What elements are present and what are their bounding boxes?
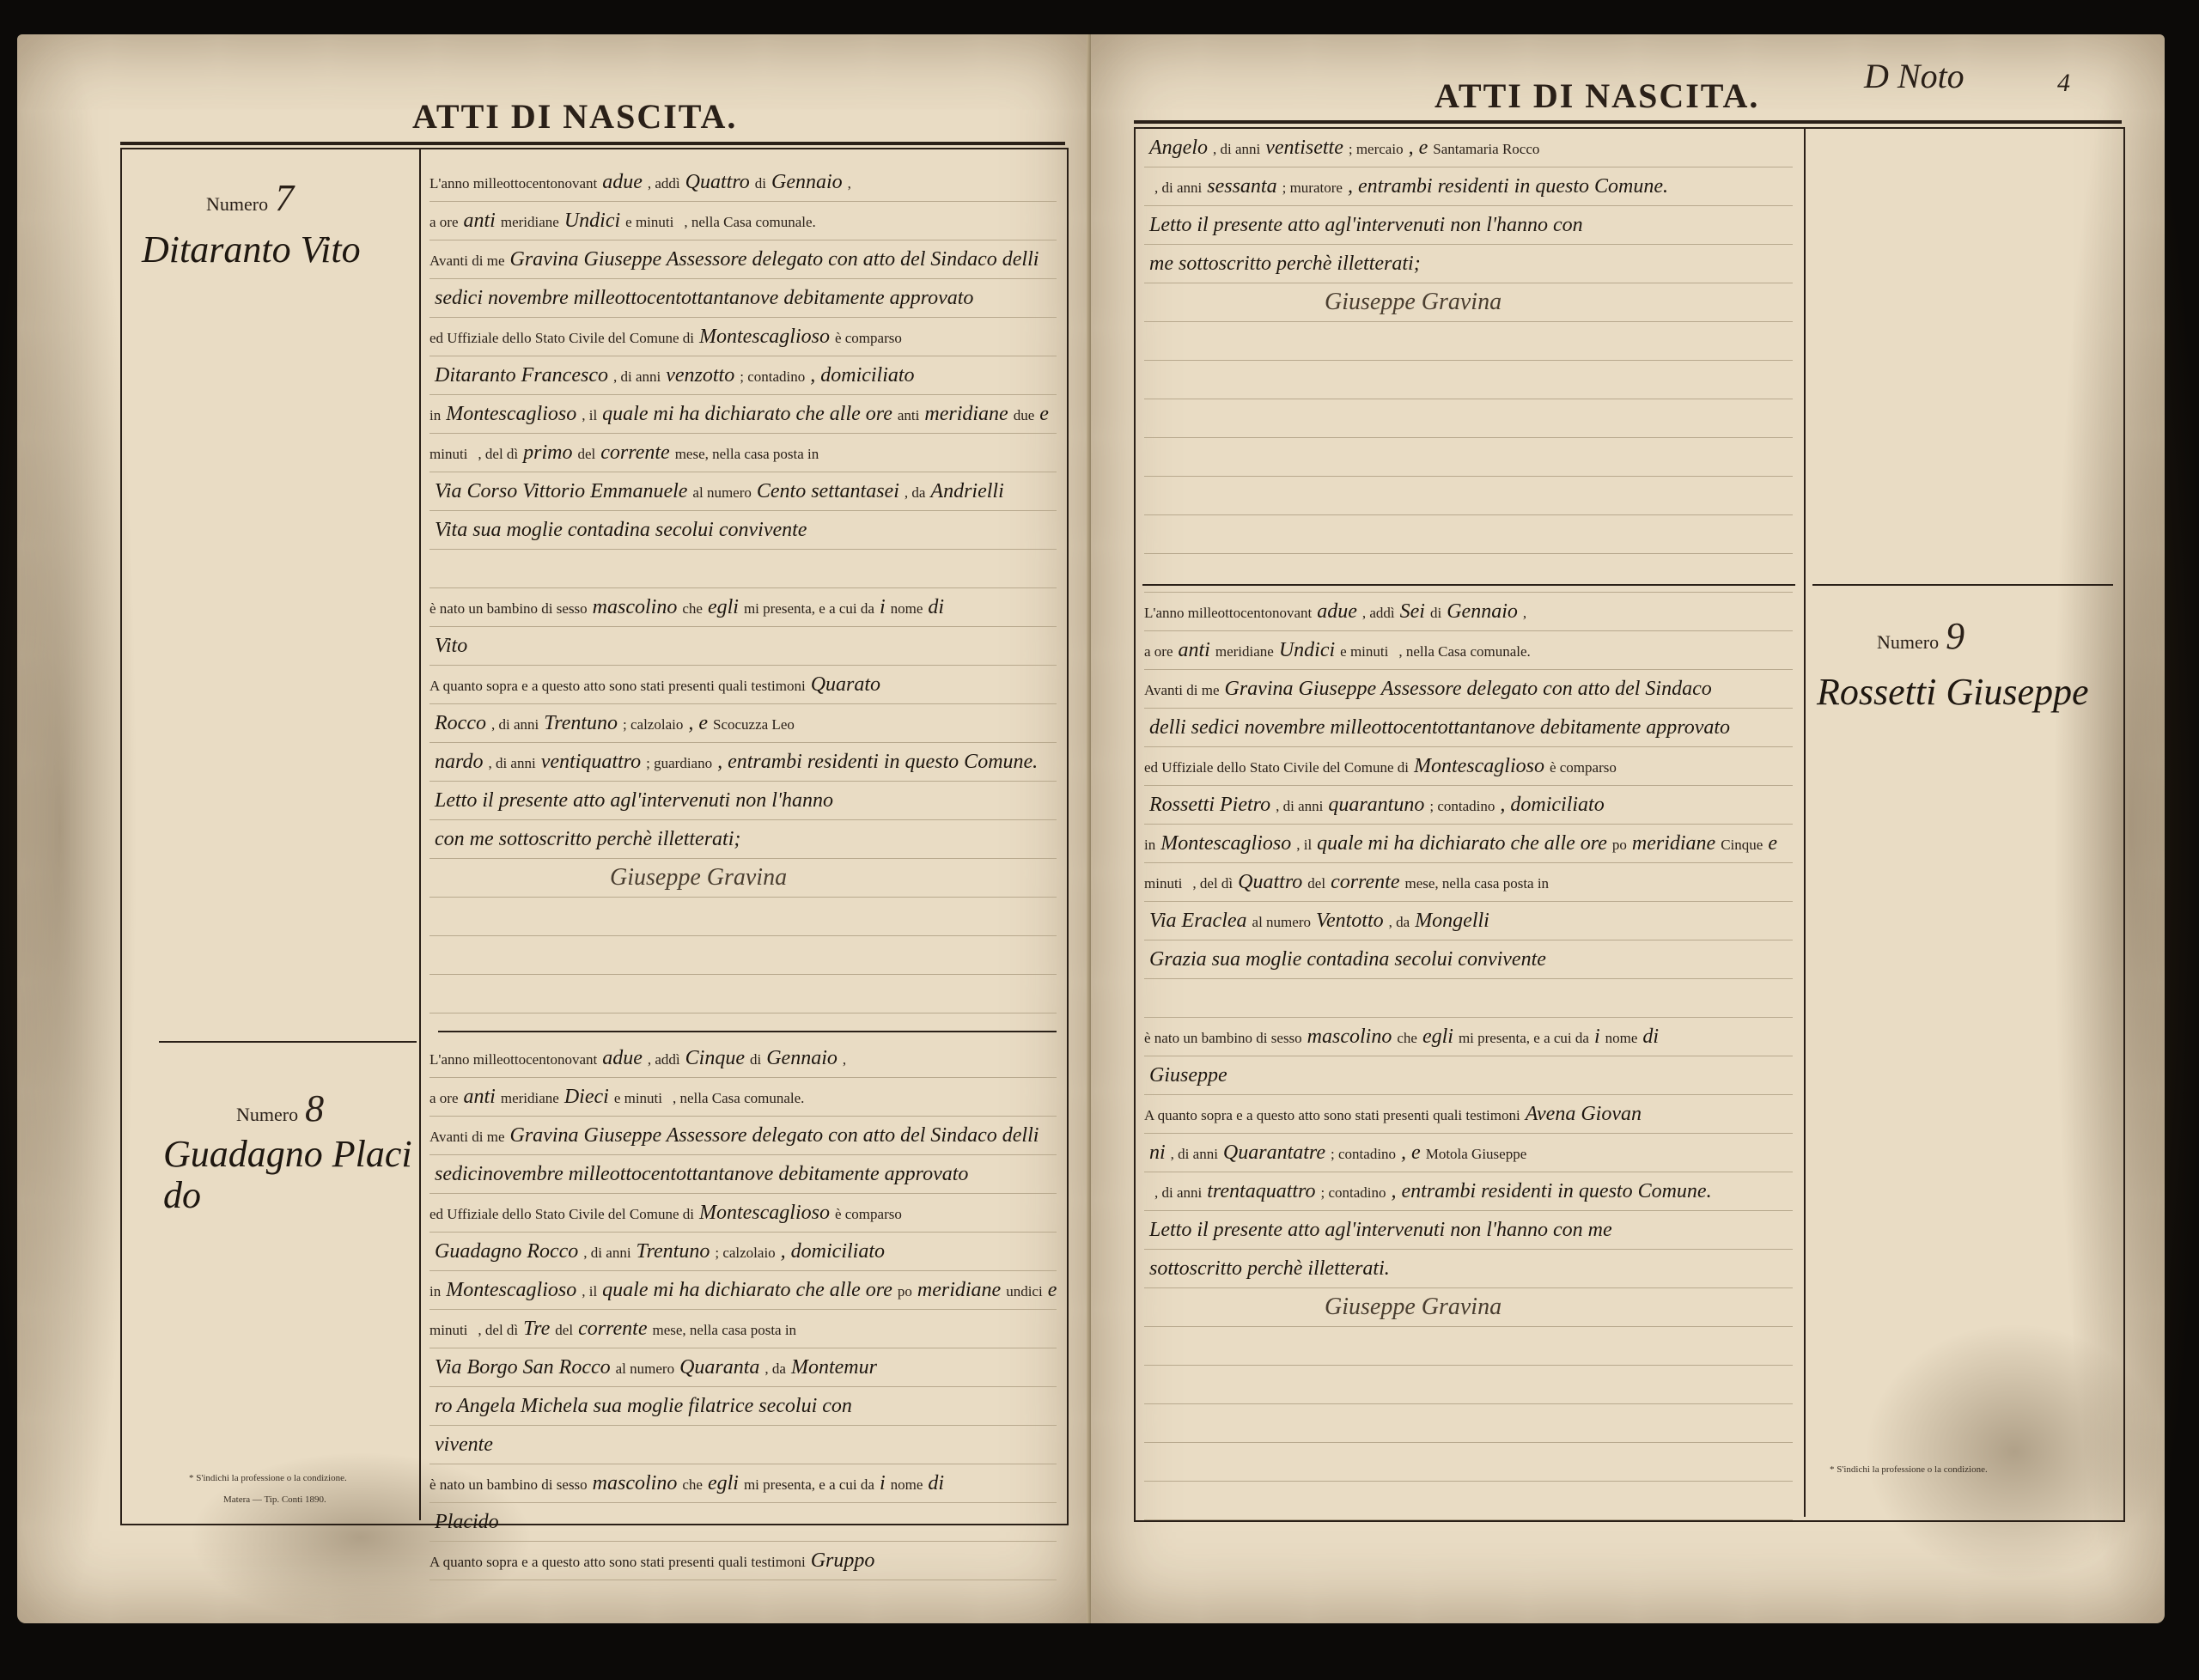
printed-text: in	[429, 1283, 441, 1300]
handwritten-entry: Trentuno	[637, 1240, 710, 1263]
handwritten-entry: , e	[1409, 137, 1428, 159]
handwritten-entry: Giuseppe	[1149, 1064, 1227, 1087]
act-line: minuti, del dìprimodelcorrentemese, nell…	[429, 434, 1057, 472]
handwritten-entry: Gravina Giuseppe Assessore delegato con …	[510, 1124, 1039, 1147]
handwritten-entry: anti	[464, 210, 496, 232]
handwritten-entry: adue	[1317, 600, 1357, 623]
handwritten-entry: Montescaglioso	[699, 1202, 830, 1224]
handwritten-entry: Montescaglioso	[1414, 755, 1544, 777]
handwritten-entry: Gravina Giuseppe Assessore delegato con …	[510, 248, 1039, 271]
printed-text: e minuti	[625, 214, 673, 230]
printed-text: A quanto sopra e a questo atto sono stat…	[1144, 1107, 1520, 1123]
act-line: sedici novembre milleottocentottantanove…	[429, 279, 1057, 318]
printed-text: è nato un bambino di sesso	[1144, 1030, 1302, 1046]
numero-value: 7	[275, 177, 294, 219]
printed-text: meridiane	[501, 214, 559, 230]
printed-text: , da	[1389, 914, 1410, 930]
numero-value: 9	[1946, 615, 1964, 657]
printed-text: , il	[1296, 837, 1312, 853]
act-line: Via Borgo San Roccoal numeroQuaranta, da…	[429, 1348, 1057, 1387]
handwritten-entry: corrente	[1331, 871, 1399, 893]
act-line: Avanti di meGravina Giuseppe Assessore d…	[429, 1117, 1057, 1155]
act-line: A quanto sopra e a questo atto sono stat…	[429, 666, 1057, 704]
act-line: Avanti di meGravina Giuseppe Assessore d…	[1144, 670, 1793, 709]
printed-text: mi presenta, e a cui da	[1459, 1030, 1589, 1046]
act-line: ro Angela Michela sua moglie filatrice s…	[429, 1387, 1057, 1426]
blank-ruled-line	[1144, 361, 1793, 399]
margin-record-divider	[159, 1041, 417, 1043]
registrar-signature: Giuseppe Gravina	[429, 859, 1057, 898]
printed-text: Avanti di me	[1144, 682, 1220, 698]
printed-text: Motola Giuseppe	[1426, 1146, 1527, 1162]
handwritten-entry: anti	[464, 1086, 496, 1108]
printed-text: e minuti	[614, 1090, 662, 1106]
birth-act-9: L'anno milleottocentonovantadue, addìSei…	[1144, 593, 1793, 1520]
handwritten-entry: meridiane	[1632, 832, 1715, 855]
printed-text: minuti	[429, 1322, 467, 1338]
act-line: Guadagno Rocco, di anniTrentuno; calzola…	[429, 1233, 1057, 1271]
handwritten-entry: Ventotto	[1316, 910, 1384, 932]
margin-record-divider	[1812, 584, 2113, 586]
handwritten-entry: Dieci	[564, 1086, 609, 1108]
handwritten-entry: Cento settantasei	[757, 480, 899, 502]
printed-text: ; contadino	[740, 368, 805, 385]
printed-text: nome	[1605, 1030, 1638, 1046]
printed-text: di	[755, 175, 766, 192]
act-line: sottoscritto perchè illetterati.	[1144, 1250, 1793, 1288]
printed-text: , del dì	[478, 446, 518, 462]
act-line: inMontescaglioso, ilquale mi ha dichiara…	[1144, 825, 1793, 863]
blank-ruled-line	[1144, 1366, 1793, 1404]
printed-text: , addì	[648, 1051, 680, 1068]
blank-ruled-line	[1144, 1404, 1793, 1443]
numero-value: 8	[305, 1087, 324, 1129]
handwritten-entry: Avena Giovan	[1526, 1103, 1642, 1125]
handwritten-entry: e	[1048, 1279, 1057, 1301]
act-line: con me sottoscritto perchè illetterati;	[429, 820, 1057, 859]
numero-label: Numero	[1877, 631, 1939, 653]
printed-text: Scocuzza Leo	[713, 716, 795, 733]
blank-ruled-line	[1144, 1443, 1793, 1482]
handwritten-entry: Montemur	[791, 1356, 877, 1379]
handwritten-entry: Guadagno Rocco	[435, 1240, 578, 1263]
printed-text: ; contadino	[1429, 798, 1495, 814]
handwritten-entry: Gennaio	[1447, 600, 1518, 623]
printed-text: , nella Casa comunale.	[1398, 643, 1530, 660]
printed-text: di	[1430, 605, 1441, 621]
printed-text: po	[1612, 837, 1627, 853]
handwritten-entry: meridiane	[917, 1279, 1001, 1301]
handwritten-entry: con me sottoscritto perchè illetterati;	[435, 828, 740, 850]
handwritten-entry: Gruppo	[811, 1549, 875, 1572]
header-rule	[120, 142, 1065, 145]
handwritten-entry: Letto il presente atto agl'intervenuti n…	[1149, 214, 1583, 236]
act-line: vivente	[429, 1426, 1057, 1464]
act-line: a oreantimeridianeUndicie minuti, nella …	[429, 202, 1057, 240]
printed-text: mi presenta, e a cui da	[744, 600, 874, 617]
printed-text: ; muratore	[1282, 180, 1343, 196]
act-line: nardo, di anniventiquattro; guardiano, e…	[429, 743, 1057, 782]
record-number-9: Numero9	[1877, 614, 1964, 658]
blank-ruled-line	[1144, 1327, 1793, 1366]
birth-act-8-continuation: Angelo, di anniventisette; mercaio, eSan…	[1144, 129, 1793, 593]
handwritten-entry: di	[928, 1472, 944, 1494]
handwritten-entry: Rossetti Pietro	[1149, 794, 1270, 816]
act-line: Vita sua moglie contadina secolui conviv…	[429, 511, 1057, 550]
blank-ruled-line	[429, 936, 1057, 975]
footnote-left: * S'indichi la professione o la condizio…	[189, 1473, 347, 1483]
printed-text: e minuti	[1340, 643, 1388, 660]
printed-text: L'anno milleottocentonovant	[429, 1051, 597, 1068]
printed-text: L'anno milleottocentonovant	[429, 175, 597, 192]
act-line: ed Uffiziale dello Stato Civile del Comu…	[429, 1194, 1057, 1233]
page-title-left: ATTI DI NASCITA.	[412, 96, 737, 137]
printed-text: , da	[764, 1360, 786, 1377]
printed-text: a ore	[429, 214, 459, 230]
printed-text: , del dì	[478, 1322, 518, 1338]
blank-ruled-line	[1144, 554, 1793, 593]
birth-act-7: L'anno milleottocentonovantadue, addìQua…	[429, 163, 1057, 1013]
printed-text: al numero	[692, 484, 751, 501]
printed-text: A quanto sopra e a questo atto sono stat…	[429, 678, 806, 694]
printed-text: , di anni	[491, 716, 539, 733]
act-line: Rocco, di anniTrentuno; calzolaio, eScoc…	[429, 704, 1057, 743]
printed-text: , il	[582, 1283, 597, 1300]
handwritten-entry: quarantuno	[1328, 794, 1424, 816]
handwritten-entry: Andrielli	[930, 480, 1003, 502]
handwritten-entry: Placido	[435, 1511, 499, 1533]
act-line: a oreantimeridianeDiecie minuti, nella C…	[429, 1078, 1057, 1117]
register-book: ATTI DI NASCITA. Numero7 Ditaranto Vito …	[17, 34, 2173, 1632]
act-line: Rossetti Pietro, di anniquarantuno; cont…	[1144, 786, 1793, 825]
handwritten-entry: mascolino	[593, 596, 678, 618]
handwritten-entry: adue	[602, 1047, 643, 1069]
handwritten-entry: meridiane	[924, 403, 1008, 425]
printed-text: meridiane	[1215, 643, 1274, 660]
handwritten-entry: di	[1642, 1026, 1659, 1048]
act-line: Letto il presente atto agl'intervenuti n…	[1144, 206, 1793, 245]
act-line: Avanti di meGravina Giuseppe Assessore d…	[429, 240, 1057, 279]
act-line: è nato un bambino di sessomascolinocheeg…	[1144, 1018, 1793, 1056]
handwritten-entry: Sei	[1400, 600, 1425, 623]
act-line: Ditaranto Francesco, di annivenzotto; co…	[429, 356, 1057, 395]
printed-text: , addì	[648, 175, 680, 192]
act-line: minuti, del dìTredelcorrentemese, nella …	[429, 1310, 1057, 1348]
printed-text: anti	[898, 407, 920, 423]
blank-ruled-line	[1144, 399, 1793, 438]
handwritten-entry: , domiciliato	[781, 1240, 885, 1263]
act-line: delli sedici novembre milleottocentottan…	[1144, 709, 1793, 747]
handwritten-entry: Undici	[1279, 639, 1335, 661]
printed-text: ; guardiano	[646, 755, 712, 771]
printed-text: in	[1144, 837, 1155, 853]
handwritten-entry: Quattro	[685, 171, 750, 193]
printed-text: , di anni	[1171, 1146, 1218, 1162]
printed-text: , addì	[1362, 605, 1395, 621]
handwritten-entry: corrente	[578, 1318, 647, 1340]
printed-text: è nato un bambino di sesso	[429, 600, 588, 617]
margin-divider	[419, 149, 421, 1520]
printed-text: , il	[582, 407, 597, 423]
handwritten-entry: quale mi ha dichiarato che alle ore	[602, 1279, 892, 1301]
act-line	[1144, 979, 1793, 1018]
printed-text: Santamaria Rocco	[1433, 141, 1539, 157]
handwritten-entry: ventisette	[1265, 137, 1343, 159]
printed-text: minuti	[1144, 875, 1182, 892]
printed-text: ; calzolaio	[715, 1245, 775, 1261]
act-line: Letto il presente atto agl'intervenuti n…	[1144, 1211, 1793, 1250]
act-line: Via Corso Vittorio Emmanueleal numeroCen…	[429, 472, 1057, 511]
handwritten-entry: sottoscritto perchè illetterati.	[1149, 1257, 1390, 1280]
handwritten-entry: Angelo	[1149, 137, 1208, 159]
handwritten-entry: , entrambi residenti in questo Comune.	[1348, 175, 1668, 198]
handwritten-entry: venzotto	[666, 364, 734, 387]
printed-text: nome	[891, 600, 923, 617]
printed-text: ,	[848, 175, 851, 192]
blank-ruled-line	[1144, 1482, 1793, 1520]
handwritten-entry: vivente	[435, 1433, 493, 1456]
handwritten-entry: corrente	[600, 441, 669, 464]
handwritten-entry: Grazia sua moglie contadina secolui conv…	[1149, 948, 1546, 971]
handwritten-entry: i	[1594, 1026, 1600, 1048]
handwritten-entry: , domiciliato	[810, 364, 914, 387]
handwritten-entry: primo	[523, 441, 572, 464]
printed-text: è nato un bambino di sesso	[429, 1476, 588, 1493]
printed-text: A quanto sopra e a questo atto sono stat…	[429, 1554, 806, 1570]
printed-text: , di anni	[488, 755, 535, 771]
printed-text: , del dì	[1192, 875, 1233, 892]
printed-text: ed Uffiziale dello Stato Civile del Comu…	[429, 1206, 694, 1222]
margin-name-9: Rossetti Giuseppe	[1817, 670, 2089, 714]
handwritten-entry: Via Corso Vittorio Emmanuele	[435, 480, 687, 502]
edge-stain	[0, 34, 137, 1623]
handwritten-entry: quale mi ha dichiarato che alle ore	[602, 403, 892, 425]
act-line: inMontescaglioso, ilquale mi ha dichiara…	[429, 1271, 1057, 1310]
printed-text: , nella Casa comunale.	[684, 214, 815, 230]
handwritten-entry: Quaranta	[679, 1356, 759, 1379]
printed-text: nome	[891, 1476, 923, 1493]
record-number-7: Numero7	[206, 176, 294, 220]
printed-text: ; calzolaio	[623, 716, 683, 733]
printed-text: ; contadino	[1320, 1184, 1386, 1201]
birth-act-8: L'anno milleottocentonovantadue, addìCin…	[429, 1039, 1057, 1580]
act-line: ni, di anniQuarantatre; contadino, eMoto…	[1144, 1134, 1793, 1172]
registrar-signature: Giuseppe Gravina	[1144, 283, 1793, 322]
printed-text: al numero	[1252, 914, 1311, 930]
act-line: A quanto sopra e a questo atto sono stat…	[429, 1542, 1057, 1580]
handwritten-entry: Vito	[435, 635, 467, 657]
act-line: è nato un bambino di sessomascolinocheeg…	[429, 588, 1057, 627]
printed-text: mese, nella casa posta in	[652, 1322, 796, 1338]
act-line	[429, 550, 1057, 588]
act-line: inMontescaglioso, ilquale mi ha dichiara…	[429, 395, 1057, 434]
printed-text: ed Uffiziale dello Stato Civile del Comu…	[1144, 759, 1409, 776]
printed-text: , nella Casa comunale.	[673, 1090, 804, 1106]
printed-text: , di anni	[613, 368, 661, 385]
handwritten-entry: adue	[602, 171, 643, 193]
handwritten-entry: Gennaio	[771, 171, 843, 193]
printed-text: due	[1014, 407, 1035, 423]
handwritten-entry: egli	[708, 596, 739, 618]
act-line: ed Uffiziale dello Stato Civile del Comu…	[429, 318, 1057, 356]
printed-text: in	[429, 407, 441, 423]
printed-text: , di anni	[1154, 180, 1202, 196]
handwritten-entry: nardo	[435, 751, 483, 773]
printed-text: , da	[905, 484, 926, 501]
printed-text: a ore	[429, 1090, 459, 1106]
handwritten-entry: ventiquattro	[541, 751, 641, 773]
printed-text: L'anno milleottocentonovant	[1144, 605, 1312, 621]
right-page: ATTI DI NASCITA. D Noto 4 Angelo, di ann…	[1091, 34, 2165, 1623]
handwritten-entry: sessanta	[1207, 175, 1276, 198]
handwritten-entry: delli sedici novembre milleottocentottan…	[1149, 716, 1730, 739]
handwritten-entry: Quattro	[1238, 871, 1302, 893]
act-line: A quanto sopra e a questo atto sono stat…	[1144, 1095, 1793, 1134]
handwritten-entry: trentaquattro	[1207, 1180, 1315, 1202]
footnote-right: * S'indichi la professione o la condizio…	[1830, 1464, 1988, 1475]
printed-text: è comparso	[835, 330, 902, 346]
act-line: Grazia sua moglie contadina secolui conv…	[1144, 940, 1793, 979]
handwritten-entry: mascolino	[1307, 1026, 1392, 1048]
act-line: Via Eracleaal numeroVentotto, daMongelli	[1144, 902, 1793, 940]
handwritten-entry: anti	[1179, 639, 1210, 661]
margin-name-7: Ditaranto Vito	[142, 228, 361, 271]
printed-text: Avanti di me	[429, 253, 505, 269]
printed-text: ; contadino	[1331, 1146, 1396, 1162]
handwritten-entry: di	[928, 596, 944, 618]
handwritten-entry: e	[1039, 403, 1049, 425]
printed-text: di	[750, 1051, 761, 1068]
act-line: me sottoscritto perchè illetterati;	[1144, 245, 1793, 283]
act-line: , di annitrentaquattro; contadino, entra…	[1144, 1172, 1793, 1211]
handwritten-entry: mascolino	[593, 1472, 678, 1494]
handwritten-entry: Ditaranto Francesco	[435, 364, 608, 387]
numero-label: Numero	[206, 193, 268, 215]
printed-text: , di anni	[1154, 1184, 1202, 1201]
printed-text: al numero	[616, 1360, 674, 1377]
handwritten-entry: Via Borgo San Rocco	[435, 1356, 611, 1379]
handwritten-entry: Mongelli	[1415, 910, 1489, 932]
handwritten-entry: ni	[1149, 1141, 1166, 1164]
printed-text: po	[898, 1283, 912, 1300]
act-line: Letto il presente atto agl'intervenuti n…	[429, 782, 1057, 820]
act-line: sedicinovembre milleottocentottantanove …	[429, 1155, 1057, 1194]
handwritten-entry: Gravina Giuseppe Assessore delegato con …	[1225, 678, 1712, 700]
printed-text: ; mercaio	[1349, 141, 1404, 157]
act-line: minuti, del dìQuattrodelcorrentemese, ne…	[1144, 863, 1793, 902]
page-title-right: ATTI DI NASCITA.	[1435, 76, 1759, 116]
act-line: Placido	[429, 1503, 1057, 1542]
printed-text: a ore	[1144, 643, 1173, 660]
handwritten-entry: Montescaglioso	[699, 326, 830, 348]
handwritten-entry: Trentuno	[544, 712, 618, 734]
printed-text: ed Uffiziale dello Stato Civile del Comu…	[429, 330, 694, 346]
margin-divider	[1804, 129, 1806, 1517]
printed-text: è comparso	[1550, 759, 1617, 776]
printed-text: , di anni	[583, 1245, 630, 1261]
header-rule	[1134, 120, 2122, 124]
handwritten-entry: Montescaglioso	[446, 403, 576, 425]
blank-ruled-line	[1144, 322, 1793, 361]
printed-text: Cinque	[1721, 837, 1763, 853]
record-divider	[438, 1031, 1057, 1032]
handwritten-entry: Rocco	[435, 712, 486, 734]
margin-name-8: Guadagno Placi do	[163, 1134, 412, 1216]
handwritten-entry: egli	[708, 1472, 739, 1494]
handwritten-entry: Letto il presente atto agl'intervenuti n…	[435, 789, 833, 812]
handwritten-entry: Montescaglioso	[1160, 832, 1291, 855]
printed-text: , di anni	[1213, 141, 1260, 157]
record-number-8: Numero8	[236, 1087, 324, 1130]
handwritten-entry: me sottoscritto perchè illetterati;	[1149, 253, 1421, 275]
printed-text: undici	[1006, 1283, 1043, 1300]
printed-text: meridiane	[501, 1090, 559, 1106]
printed-text: che	[682, 1476, 703, 1493]
printed-text: del	[578, 446, 596, 462]
handwritten-entry: Quarato	[811, 673, 880, 696]
printed-text: , di anni	[1276, 798, 1323, 814]
blank-ruled-line	[1144, 477, 1793, 515]
printed-text: mese, nella casa posta in	[675, 446, 819, 462]
act-line: Giuseppe	[1144, 1056, 1793, 1095]
printed-text: mese, nella casa posta in	[1404, 875, 1549, 892]
handwritten-entry: Quarantatre	[1223, 1141, 1325, 1164]
handwritten-entry: quale mi ha dichiarato che alle ore	[1317, 832, 1607, 855]
handwritten-entry: Gennaio	[766, 1047, 838, 1069]
act-line: L'anno milleottocentonovantadue, addìQua…	[429, 163, 1057, 202]
blank-ruled-line	[1144, 515, 1793, 554]
act-line: a oreantimeridianeUndicie minuti, nella …	[1144, 631, 1793, 670]
printed-text: mi presenta, e a cui da	[744, 1476, 874, 1493]
handwritten-entry: Undici	[564, 210, 620, 232]
printed-text: ,	[843, 1051, 846, 1068]
page-number: 4	[2057, 69, 2070, 98]
act-line: è nato un bambino di sessomascolinocheeg…	[429, 1464, 1057, 1503]
blank-ruled-line	[1144, 438, 1793, 477]
handwritten-entry: Vita sua moglie contadina secolui conviv…	[435, 519, 807, 541]
printed-text: Avanti di me	[429, 1129, 505, 1145]
handwritten-entry: Montescaglioso	[446, 1279, 576, 1301]
printed-text: del	[555, 1322, 573, 1338]
left-page: ATTI DI NASCITA. Numero7 Ditaranto Vito …	[17, 34, 1091, 1623]
handwritten-entry: Via Eraclea	[1149, 910, 1247, 932]
printed-text: che	[682, 600, 703, 617]
blank-ruled-line	[429, 898, 1057, 936]
registrar-signature: Giuseppe Gravina	[1144, 1288, 1793, 1327]
handwritten-entry: Cinque	[685, 1047, 745, 1069]
act-line: Vito	[429, 627, 1057, 666]
printed-text: ,	[1523, 605, 1526, 621]
printed-text: del	[1307, 875, 1325, 892]
handwritten-entry: sedicinovembre milleottocentottantanove …	[435, 1163, 968, 1185]
handwritten-entry: ro Angela Michela sua moglie filatrice s…	[435, 1395, 852, 1417]
blank-ruled-line	[429, 975, 1057, 1013]
handwritten-entry: , entrambi residenti in questo Comune.	[717, 751, 1038, 773]
handwritten-entry: , entrambi residenti in questo Comune.	[1392, 1180, 1712, 1202]
handwritten-entry: i	[880, 1472, 886, 1494]
handwritten-entry: , e	[688, 712, 708, 734]
handwritten-entry: Letto il presente atto agl'intervenuti n…	[1149, 1219, 1612, 1241]
handwritten-entry: egli	[1422, 1026, 1453, 1048]
corner-annotation: D Noto	[1864, 56, 1964, 96]
handwritten-entry: , e	[1401, 1141, 1421, 1164]
handwritten-entry: e	[1768, 832, 1777, 855]
handwritten-entry: , domiciliato	[1500, 794, 1604, 816]
act-line: L'anno milleottocentonovantadue, addìSei…	[1144, 593, 1793, 631]
act-line: , di annisessanta; muratore, entrambi re…	[1144, 167, 1793, 206]
act-line: ed Uffiziale dello Stato Civile del Comu…	[1144, 747, 1793, 786]
numero-label: Numero	[236, 1104, 298, 1125]
